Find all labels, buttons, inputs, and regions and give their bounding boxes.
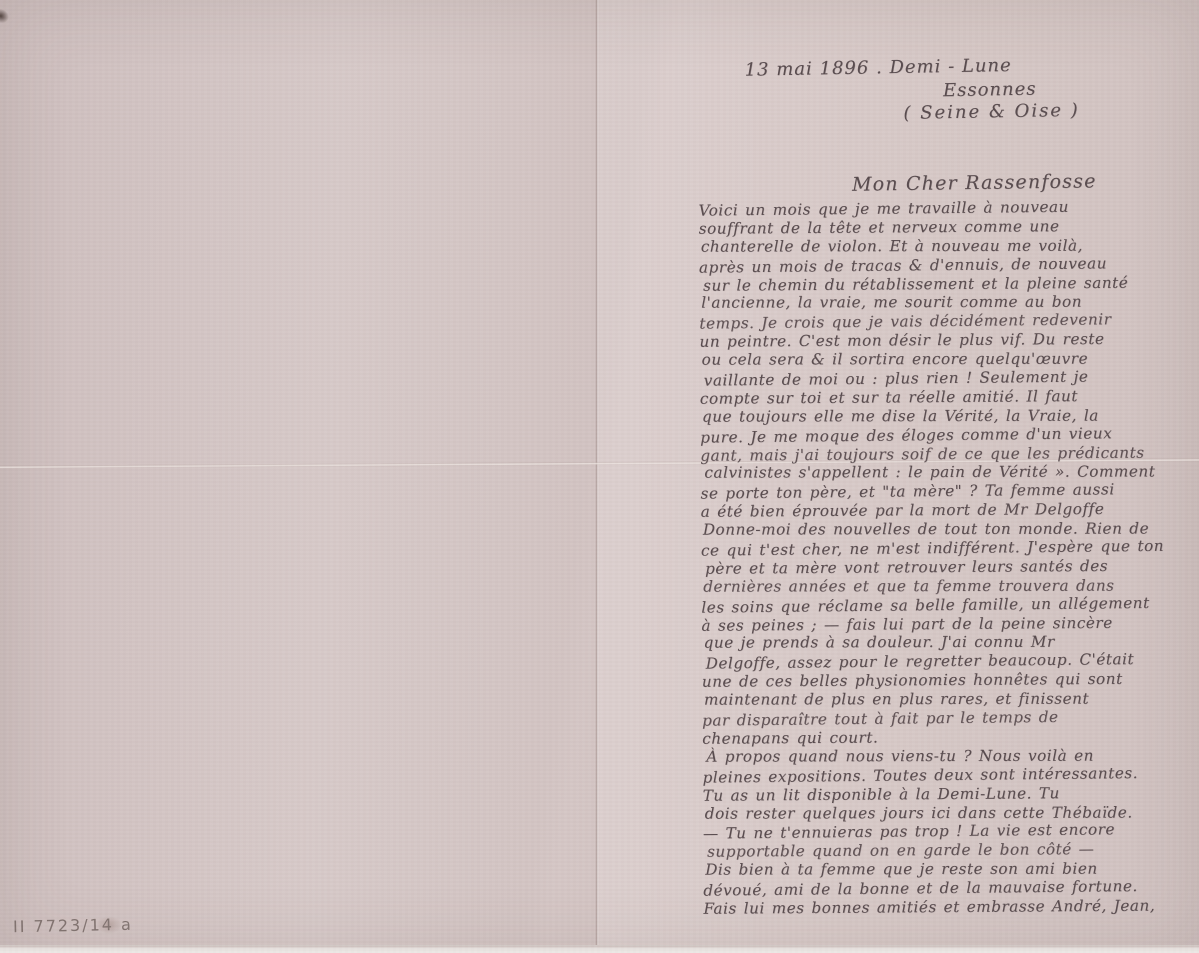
letter-body-line: a été bien éprouvée par la mort de Mr De… [701, 500, 1198, 522]
scan-bottom-edge [0, 945, 1199, 953]
dateline: 13 mai 1896 . Demi - Lune Essonnes ( Sei… [744, 52, 1165, 126]
letter-body-line: une de ces belles physionomies honnêtes … [702, 670, 1199, 692]
letter-body-line: un peintre. C'est mon désir le plus vif.… [699, 330, 1196, 352]
letter-page-left-blank [0, 0, 597, 953]
letter-scan: 13 mai 1896 . Demi - Lune Essonnes ( Sei… [0, 0, 1199, 953]
inventory-number: II 7723/14 a [13, 915, 133, 937]
salutation: Mon Cher Rassenfosse [852, 170, 1097, 195]
letter-body-line: supportable quand on en garde le bon côt… [707, 840, 1199, 862]
letter-body: Voici un mois que je me travaille à nouv… [699, 197, 1199, 918]
vertical-fold-crease [595, 0, 599, 953]
